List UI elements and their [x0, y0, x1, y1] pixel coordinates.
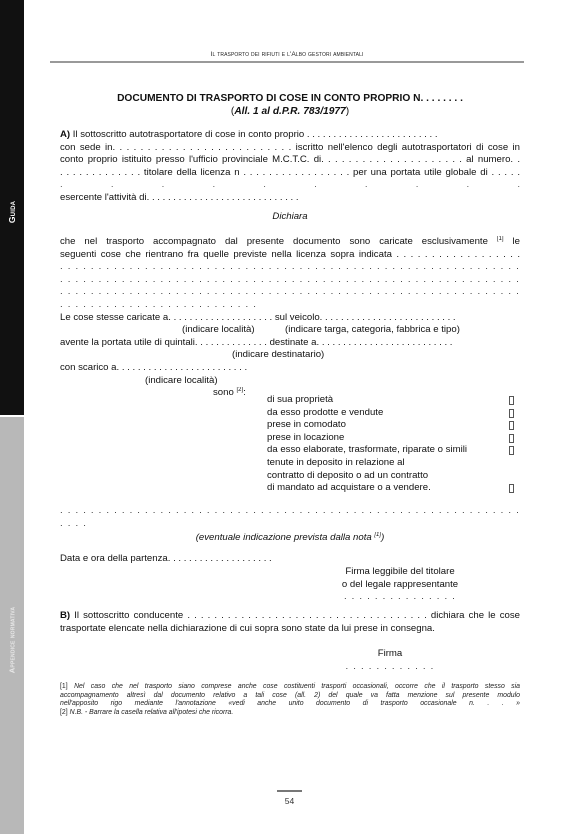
- dichiara-body: che nel trasporto accompagnato dal prese…: [60, 236, 520, 400]
- document-title-block: DOCUMENTO DI TRASPORTO DI COSE IN CONTO …: [60, 92, 520, 118]
- portata-line: avente la portata utile di quintali. . .…: [60, 337, 520, 350]
- dot-line-2: . . . . . . . . . . . . . . . . . . . . …: [60, 274, 520, 287]
- section-b: B) Il sottoscritto conducente . . . . . …: [60, 610, 520, 635]
- option-label: tenute in deposito in relazione al: [267, 457, 405, 468]
- eventuale-block: . . . . . . . . . . . . . . . . . . . . …: [60, 505, 520, 545]
- option-row: di sua proprietà: [267, 394, 527, 407]
- firma-label: Firma: [340, 648, 440, 661]
- spaced-dot: .: [212, 179, 215, 192]
- section-b-text-1: Il sottoscritto conducente . . . . . . .…: [70, 610, 520, 621]
- sono-label: sono [2]:: [213, 387, 246, 400]
- hint-localita-2: (indicare località): [145, 375, 218, 388]
- subtitle-paren-close: ): [346, 106, 349, 117]
- spaced-dot: .: [467, 179, 470, 192]
- footnote-ref-1: [1]: [497, 236, 504, 242]
- dot-line-1: . . . . . . . . . . . . . . . . . . . . …: [60, 261, 520, 274]
- footnote-1-line-3: nell'apposito rigo mediante l'annotazion…: [60, 700, 520, 709]
- option-checkbox[interactable]: [509, 446, 514, 455]
- footnote-1-line-1: [1] Nel caso che nel trasporto siano com…: [60, 683, 520, 692]
- option-label: prese in locazione: [267, 432, 344, 443]
- titolare-signature: Firma leggibile del titolare o del legal…: [320, 566, 480, 604]
- section-b-line-1: B) Il sottoscritto conducente . . . . . …: [60, 610, 520, 623]
- footnote-1-line-2: accompagnamento altresì dal documento re…: [60, 692, 520, 701]
- dot-line-short: . . . . . . . . . . . . . . . . . . . . …: [60, 299, 520, 312]
- section-b-label: B): [60, 610, 70, 621]
- section-a-spaced-dots: ..........: [60, 179, 520, 192]
- section-b-line-2: trasportate elencate nella dichiarazione…: [60, 623, 520, 636]
- option-row: da esso elaborate, trasformate, riparate…: [267, 444, 527, 457]
- eventuale-caption: (eventuale indicazione prevista dalla no…: [60, 532, 520, 545]
- eventuale-dot-tail: . . . .: [60, 518, 520, 531]
- option-label: contratto di deposito o ad un contratto: [267, 470, 428, 481]
- spaced-dot: .: [60, 179, 63, 192]
- sono-text: sono: [213, 387, 234, 398]
- header-rule: [50, 61, 524, 63]
- option-label: di mandato ad acquistare o a vendere.: [267, 482, 431, 493]
- footnote-2: [2] N.B. - Barrare la casella relativa a…: [60, 709, 520, 718]
- hint-destinatario: (indicare destinatario): [232, 349, 324, 362]
- section-a-line-2: con sede in. . . . . . . . . . . . . . .…: [60, 142, 520, 155]
- section-a: A) Il sottoscritto autotrasportatore di …: [60, 129, 520, 205]
- option-checkbox[interactable]: [509, 396, 514, 405]
- option-checkbox[interactable]: [509, 421, 514, 430]
- option-row: tenute in deposito in relazione al: [267, 457, 527, 470]
- section-a-line-1: A) Il sottoscritto autotrasportatore di …: [60, 129, 520, 142]
- footnote-1-text-1: Nel caso che nel trasporto siano compres…: [74, 683, 520, 690]
- dot-line-3: . . . . . . . . . . . . . . . . . . . . …: [60, 286, 520, 299]
- subtitle-reference: All. 1 al d.P.R. 783/1977: [234, 106, 345, 117]
- page-number-rule: [277, 790, 302, 792]
- dichiara-text-1-end: le: [504, 236, 520, 247]
- sono-colon: :: [243, 387, 246, 398]
- partenza-block: Data e ora della partenza. . . . . . . .…: [60, 553, 520, 566]
- option-row: di mandato ad acquistare o a vendere.: [267, 482, 527, 495]
- section-a-line-4: . . . . . . . . . . . . . titolare della…: [60, 167, 520, 180]
- partenza-line: Data e ora della partenza. . . . . . . .…: [60, 553, 520, 566]
- footnotes: [1] Nel caso che nel trasporto siano com…: [60, 683, 520, 717]
- option-label: di sua proprietà: [267, 394, 333, 405]
- eventuale-dot-line: . . . . . . . . . . . . . . . . . . . . …: [60, 505, 520, 518]
- footnote-2-number: [2]: [60, 709, 68, 716]
- option-label: prese in comodato: [267, 419, 346, 430]
- signature-label-2: o del legale rappresentante: [320, 579, 480, 592]
- page-number: 54: [277, 796, 302, 806]
- spaced-dot: .: [416, 179, 419, 192]
- spaced-dot: .: [162, 179, 165, 192]
- firma-dots: . . . . . . . . . . . .: [340, 661, 440, 674]
- dichiara-line-2: seguenti cose che rientrano fra quelle p…: [60, 249, 520, 262]
- document-subtitle: (All. 1 al d.P.R. 783/1977): [60, 105, 520, 118]
- conducente-signature: Firma . . . . . . . . . . . .: [340, 648, 440, 673]
- signature-dots: . . . . . . . . . . . . . . .: [320, 591, 480, 604]
- sidebar-tab-appendice-label: Appendice normativa: [8, 607, 17, 673]
- option-row: da esso prodotte e vendute: [267, 407, 527, 420]
- hint-localita: (indicare località): [182, 324, 255, 337]
- spaced-dot: .: [111, 179, 114, 192]
- section-a-line-5: esercente l'attività di. . . . . . . . .…: [60, 192, 520, 205]
- option-checkbox[interactable]: [509, 434, 514, 443]
- caricate-line: Le cose stesse caricate a. . . . . . . .…: [60, 312, 520, 325]
- sidebar-tab-guida: Guida: [0, 0, 24, 415]
- option-checkbox[interactable]: [509, 409, 514, 418]
- option-row: prese in comodato: [267, 419, 527, 432]
- running-header: Il trasporto dei rifiuti e l'Albo gestor…: [50, 51, 524, 58]
- dichiara-heading: Dichiara: [60, 211, 520, 224]
- option-row: prese in locazione: [267, 432, 527, 445]
- scarico-line: con scarico a. . . . . . . . . . . . . .…: [60, 362, 520, 375]
- spaced-dot: .: [365, 179, 368, 192]
- spaced-dot: .: [263, 179, 266, 192]
- section-a-label: A): [60, 129, 70, 140]
- ownership-options: di sua proprietàda esso prodotte e vendu…: [267, 394, 527, 495]
- footnote-2-text: N.B. - Barrare la casella relativa all'i…: [68, 709, 234, 716]
- spaced-dot: .: [517, 179, 520, 192]
- signature-label-1: Firma leggibile del titolare: [320, 566, 480, 579]
- dichiara-line-1: che nel trasporto accompagnato dal prese…: [60, 236, 520, 249]
- dichiara-text-1: che nel trasporto accompagnato dal prese…: [60, 236, 488, 247]
- option-row: contratto di deposito o ad un contratto: [267, 470, 527, 483]
- sidebar-tab-guida-label: Guida: [7, 201, 17, 223]
- eventuale-caption-close: ): [381, 532, 384, 543]
- footnote-1-number: [1]: [60, 683, 68, 690]
- option-label: da esso elaborate, trasformate, riparate…: [267, 444, 467, 455]
- option-label: da esso prodotte e vendute: [267, 407, 383, 418]
- option-checkbox[interactable]: [509, 484, 514, 493]
- section-a-text-1: Il sottoscritto autotrasportatore di cos…: [70, 129, 437, 140]
- document-title: DOCUMENTO DI TRASPORTO DI COSE IN CONTO …: [60, 92, 520, 105]
- hint-targa: (indicare targa, categoria, fabbrica e t…: [285, 324, 460, 337]
- hint-line-1: (indicare località) (indicare targa, cat…: [60, 324, 520, 337]
- spaced-dot: .: [314, 179, 317, 192]
- hint-line-3: (indicare località): [60, 375, 520, 388]
- section-a-line-3: conto proprio istituito presso l'ufficio…: [60, 154, 520, 167]
- hint-line-2: (indicare destinatario): [60, 349, 520, 362]
- eventuale-caption-text: (eventuale indicazione prevista dalla no…: [196, 532, 375, 543]
